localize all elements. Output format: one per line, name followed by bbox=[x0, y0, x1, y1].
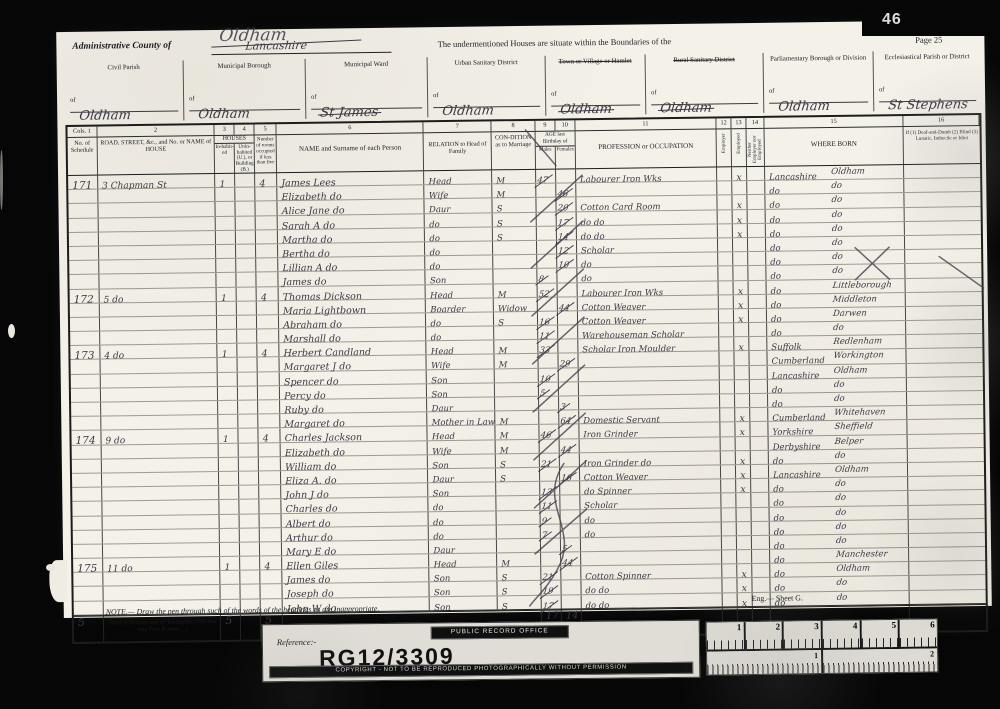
age-female bbox=[558, 340, 578, 353]
born-town: Redlenham bbox=[829, 336, 883, 349]
occupation: Scholar Iron Moulder bbox=[578, 338, 720, 353]
age-female: 16 bbox=[560, 467, 580, 480]
age-male bbox=[537, 241, 557, 254]
born-town: do bbox=[827, 208, 843, 220]
where-born: LancashireOldham bbox=[768, 364, 908, 379]
where-born: doDarwen bbox=[767, 307, 907, 322]
neither-mark bbox=[748, 224, 766, 237]
condition: M bbox=[492, 184, 536, 198]
header-where-born: WHERE BORN bbox=[764, 127, 904, 166]
born-town: Sheffield bbox=[830, 421, 874, 434]
employer-mark bbox=[721, 423, 736, 436]
relation: do bbox=[425, 241, 493, 255]
total-schedules-value: 5 bbox=[74, 616, 85, 629]
sheet-label: Eng.— Sheet G. bbox=[752, 593, 803, 603]
ruler-inch-number: 3 bbox=[814, 621, 819, 631]
schedule-number bbox=[70, 332, 100, 346]
rooms-count bbox=[260, 542, 282, 555]
condition: Widow bbox=[494, 298, 538, 312]
occupation: Scholar bbox=[577, 238, 719, 253]
schedule-number bbox=[69, 275, 99, 289]
age-female bbox=[558, 325, 578, 338]
houses-inhabited bbox=[220, 543, 240, 556]
schedule-number bbox=[72, 473, 102, 487]
infirmity bbox=[906, 306, 982, 320]
neither-mark bbox=[752, 536, 770, 549]
born-town: do bbox=[831, 520, 847, 532]
houses-inhabited bbox=[218, 387, 238, 400]
age-male bbox=[541, 553, 561, 566]
condition: M bbox=[496, 439, 540, 453]
ruler-lower-number: 2 bbox=[930, 649, 934, 658]
infirmity bbox=[910, 590, 986, 604]
relation: Head bbox=[425, 170, 493, 184]
relation: Wife bbox=[427, 355, 495, 369]
occupation bbox=[576, 182, 718, 197]
employed-mark bbox=[733, 266, 748, 279]
employer-mark bbox=[718, 196, 733, 209]
district-value: St James bbox=[319, 105, 379, 121]
district-label: Town or Village or Hamlet bbox=[546, 54, 645, 67]
address bbox=[98, 202, 216, 217]
houses-inhabited: 1 bbox=[218, 344, 238, 357]
houses-inhabited: 1 bbox=[220, 557, 240, 570]
age-male bbox=[541, 538, 561, 551]
person-name: Eliza A. do bbox=[281, 469, 429, 484]
person-name: Arthur do bbox=[282, 526, 430, 541]
condition: S bbox=[493, 198, 537, 212]
where-born: dodo bbox=[767, 321, 907, 336]
infirmity bbox=[907, 391, 983, 405]
houses-uninhabited bbox=[238, 415, 258, 428]
age-female bbox=[561, 524, 581, 537]
relation: do bbox=[426, 256, 494, 270]
address bbox=[101, 415, 219, 430]
relation: Head bbox=[426, 284, 494, 298]
where-born: dodo bbox=[765, 179, 905, 194]
ruler: 123456 12 bbox=[706, 618, 939, 675]
age-male: 33 bbox=[538, 340, 558, 353]
employed-mark bbox=[733, 252, 748, 265]
header-road: ROAD, STREET, &c., and No. or NAME of HO… bbox=[97, 136, 215, 175]
district-of-prefix: of bbox=[651, 89, 657, 96]
col-number-10: 10 bbox=[555, 120, 575, 130]
person-name: Alice Jane do bbox=[278, 200, 426, 215]
born-town: Manchester bbox=[831, 548, 888, 561]
neither-mark bbox=[751, 451, 769, 464]
where-born: dodo bbox=[766, 236, 906, 251]
rooms-count bbox=[259, 443, 281, 456]
age-male: 47 bbox=[536, 170, 556, 183]
employed-mark: x bbox=[733, 195, 748, 208]
address bbox=[99, 273, 217, 288]
district-label: Municipal Borough bbox=[184, 59, 305, 72]
schedule-number bbox=[73, 530, 103, 544]
age-female bbox=[560, 481, 580, 494]
employed-mark: x bbox=[733, 224, 748, 237]
employed-mark: x bbox=[734, 309, 749, 322]
condition bbox=[495, 383, 539, 397]
age-male bbox=[539, 397, 559, 410]
occupation: Domestic Servant bbox=[579, 409, 720, 424]
col-number-6: 6 bbox=[277, 122, 424, 134]
condition bbox=[495, 368, 539, 382]
employer-mark bbox=[722, 564, 737, 577]
schedule-number bbox=[69, 261, 99, 275]
person-name: Elizabeth do bbox=[281, 441, 429, 456]
district-box-4: Urban Sanitary DistrictofOldham bbox=[427, 56, 546, 118]
schedule-number: 172 bbox=[70, 289, 100, 303]
address bbox=[99, 231, 217, 246]
houses-uninhabited bbox=[239, 429, 259, 442]
age-female: 44 bbox=[558, 297, 578, 310]
employer-mark bbox=[722, 522, 737, 535]
person-name: Mary E do bbox=[282, 540, 430, 555]
born-town: do bbox=[831, 492, 847, 504]
rooms-count bbox=[256, 230, 278, 243]
houses-inhabited bbox=[219, 443, 239, 456]
employed-mark bbox=[732, 181, 747, 194]
employed-mark: x bbox=[736, 465, 751, 478]
where-born: dodo bbox=[770, 520, 910, 535]
address bbox=[101, 387, 219, 402]
age-female: 44 bbox=[559, 439, 579, 452]
born-town: do bbox=[827, 223, 843, 235]
rooms-count bbox=[255, 187, 277, 200]
occupation: do bbox=[581, 522, 723, 537]
where-born: dodo bbox=[769, 491, 909, 506]
houses-inhabited bbox=[218, 358, 238, 371]
ruler-inch-number: 1 bbox=[737, 622, 742, 632]
houses-uninhabited bbox=[239, 457, 259, 470]
condition bbox=[496, 482, 540, 496]
where-born: DerbyshireBelper bbox=[769, 435, 909, 450]
schedule-number bbox=[74, 601, 104, 615]
rooms-count bbox=[257, 329, 279, 342]
person-name: Martha do bbox=[278, 228, 426, 243]
age-female: 64 bbox=[559, 410, 579, 423]
employer-mark bbox=[720, 408, 735, 421]
condition: S bbox=[496, 454, 540, 468]
film-speck bbox=[0, 150, 3, 210]
neither-mark bbox=[750, 351, 768, 364]
header-neither-label: Neither Employer nor Employed bbox=[748, 133, 763, 166]
person-name: Sarah A do bbox=[278, 214, 426, 229]
houses-inhabited bbox=[220, 500, 240, 513]
schedule-number bbox=[71, 374, 101, 388]
relation: Son bbox=[426, 270, 494, 284]
houses-uninhabited bbox=[236, 216, 256, 229]
employer-mark bbox=[718, 224, 733, 237]
employer-mark bbox=[721, 494, 736, 507]
header-inhabited: In-habit-ed bbox=[215, 144, 235, 174]
address bbox=[103, 571, 221, 586]
houses-inhabited bbox=[216, 245, 236, 258]
relation: do bbox=[429, 497, 497, 511]
age-female bbox=[559, 425, 579, 438]
age-female bbox=[557, 269, 577, 282]
address bbox=[101, 401, 219, 416]
district-value: Oldham bbox=[78, 108, 131, 124]
where-born: dodo bbox=[770, 576, 910, 591]
occupation: do do bbox=[581, 579, 723, 594]
occupation: Cotton Weaver bbox=[578, 309, 720, 324]
address bbox=[100, 302, 218, 317]
houses-inhabited bbox=[217, 301, 237, 314]
employed-mark bbox=[735, 351, 750, 364]
person-name: Thomas Dickson bbox=[279, 285, 427, 300]
houses-uninhabited bbox=[237, 273, 257, 286]
ruler-inch-cell: 1 bbox=[707, 622, 746, 650]
total-houses-label: Total of Houses and of Tenements with le… bbox=[104, 615, 222, 642]
age-male: 52 bbox=[538, 283, 558, 296]
age-male: 10 bbox=[539, 368, 559, 381]
address bbox=[102, 472, 220, 487]
where-born: dodo bbox=[766, 222, 906, 237]
occupation bbox=[581, 550, 723, 565]
houses-inhabited bbox=[217, 330, 237, 343]
rooms-count: 4 bbox=[259, 429, 281, 442]
ruler-inch-number: 2 bbox=[775, 622, 780, 632]
relation: Son bbox=[427, 383, 495, 397]
born-town: Workington bbox=[829, 350, 884, 363]
employed-mark: x bbox=[737, 564, 752, 577]
film-speck bbox=[8, 324, 15, 338]
infirmity bbox=[908, 434, 984, 448]
district-of-prefix: of bbox=[311, 94, 317, 101]
condition: M bbox=[495, 354, 539, 368]
film-speck bbox=[46, 564, 55, 571]
person-name: Charles do bbox=[281, 498, 429, 513]
person-name: Lillian A do bbox=[278, 256, 426, 271]
houses-uninhabited bbox=[239, 443, 259, 456]
born-town: Oldham bbox=[830, 463, 869, 476]
col-number-14: 14 bbox=[746, 118, 764, 128]
employed-mark: x bbox=[736, 451, 751, 464]
age-male: 8 bbox=[537, 269, 557, 282]
houses-uninhabited bbox=[237, 330, 257, 343]
relation: Son bbox=[428, 454, 496, 468]
relation: Head bbox=[427, 341, 495, 355]
ruler-inch-number: 5 bbox=[891, 620, 896, 630]
born-town: do bbox=[828, 322, 844, 334]
houses-inhabited bbox=[218, 401, 238, 414]
where-born: dodo bbox=[769, 477, 909, 492]
condition: S bbox=[498, 581, 542, 595]
infirmity bbox=[906, 278, 982, 292]
infirmity bbox=[908, 405, 984, 419]
district-label: Ecclesiastical Parish or District bbox=[874, 50, 981, 63]
houses-uninhabited bbox=[238, 386, 258, 399]
infirmity bbox=[910, 561, 986, 575]
rooms-count: 4 bbox=[255, 173, 277, 186]
person-name: James Lees bbox=[277, 171, 425, 186]
age-male: 16 bbox=[538, 311, 558, 324]
address bbox=[103, 543, 221, 558]
where-born: doManchester bbox=[770, 548, 910, 563]
header-schedule: No. of Schedule bbox=[68, 138, 98, 175]
born-town: do bbox=[832, 591, 848, 603]
occupation bbox=[578, 352, 720, 367]
total-males-value: 17 bbox=[542, 610, 559, 621]
schedule-number: 175 bbox=[73, 559, 103, 573]
condition: S bbox=[493, 212, 537, 226]
person-name: Ruby do bbox=[280, 398, 428, 413]
address: 5 do bbox=[99, 288, 217, 303]
born-town: Oldham bbox=[832, 563, 871, 576]
district-box-8: Ecclesiastical Parish or DistrictofSt St… bbox=[873, 50, 982, 111]
district-of-prefix: of bbox=[433, 92, 439, 99]
header-occupation: PROFESSION or OCCUPATION bbox=[575, 129, 717, 168]
employed-mark bbox=[737, 536, 752, 549]
age-male: 21 bbox=[540, 453, 560, 466]
rooms-count bbox=[259, 457, 281, 470]
neither-mark bbox=[750, 394, 768, 407]
houses-inhabited bbox=[218, 372, 238, 385]
col-number-7: 7 bbox=[424, 121, 492, 132]
houses-uninhabited bbox=[236, 188, 256, 201]
relation: do bbox=[426, 312, 494, 326]
where-born: dodo bbox=[768, 392, 908, 407]
employed-mark: x bbox=[738, 593, 753, 606]
houses-uninhabited bbox=[238, 400, 258, 413]
address bbox=[100, 358, 218, 373]
person-name: Joseph do bbox=[283, 583, 431, 598]
schedule-number bbox=[72, 488, 102, 502]
born-town: do bbox=[831, 478, 847, 490]
situate-text: The undermentioned Houses are situate wi… bbox=[374, 35, 734, 50]
houses-inhabited: 1 bbox=[219, 429, 239, 442]
rooms-count bbox=[258, 386, 280, 399]
age-female bbox=[561, 567, 581, 580]
admin-county-rule: Lancashire Oldham bbox=[211, 30, 391, 55]
enumeration-rows: 1713 Chapman St14James LeesHeadM47Labour… bbox=[68, 164, 986, 616]
employed-mark: x bbox=[732, 167, 747, 180]
address: 9 do bbox=[101, 429, 219, 444]
person-name: Bertha do bbox=[278, 242, 426, 257]
schedule-number: 174 bbox=[71, 431, 101, 445]
employed-mark bbox=[734, 323, 749, 336]
schedule-number bbox=[68, 204, 98, 218]
relation: do bbox=[429, 525, 497, 539]
employer-mark bbox=[717, 167, 732, 180]
rooms-count bbox=[258, 372, 280, 385]
header-females: Females bbox=[556, 146, 575, 168]
frame-number-patch: 46 bbox=[862, 6, 1000, 36]
employer-mark bbox=[723, 579, 738, 592]
employed-mark: x bbox=[735, 422, 750, 435]
neither-mark bbox=[748, 266, 766, 279]
born-town: Whitehaven bbox=[830, 406, 887, 419]
houses-uninhabited bbox=[237, 287, 257, 300]
address bbox=[102, 500, 220, 515]
where-born: dodo bbox=[768, 378, 908, 393]
page-number-label: Page 25 bbox=[915, 35, 942, 45]
occupation bbox=[579, 394, 721, 409]
infirmity bbox=[905, 192, 981, 206]
header-employer: Employer bbox=[717, 129, 732, 166]
neither-mark bbox=[747, 195, 765, 208]
neither-mark bbox=[748, 252, 766, 265]
age-female: 44 bbox=[561, 552, 581, 565]
neither-mark bbox=[748, 238, 766, 251]
houses-inhabited bbox=[217, 259, 237, 272]
age-male bbox=[538, 297, 558, 310]
address bbox=[100, 330, 218, 345]
relation: Daur bbox=[425, 199, 493, 213]
where-born: SuffolkRedlenham bbox=[767, 335, 907, 350]
schedule-number bbox=[72, 459, 102, 473]
district-label: Rural Sanitary District bbox=[646, 53, 763, 66]
employed-mark bbox=[736, 493, 751, 506]
employed-mark bbox=[737, 522, 752, 535]
houses-inhabited bbox=[220, 528, 240, 541]
neither-mark bbox=[751, 465, 769, 478]
relation: Daur bbox=[428, 468, 496, 482]
houses-inhabited bbox=[219, 457, 239, 470]
rooms-count: 4 bbox=[260, 556, 282, 569]
rooms-count bbox=[259, 485, 281, 498]
address bbox=[103, 529, 221, 544]
occupation: Labourer Iron Wks bbox=[576, 167, 718, 182]
relation: Daur bbox=[429, 539, 497, 553]
district-label: Municipal Ward bbox=[306, 57, 427, 70]
schedule-number: 171 bbox=[68, 176, 98, 190]
person-name: William do bbox=[281, 455, 429, 470]
address bbox=[101, 373, 219, 388]
employer-mark bbox=[720, 380, 735, 393]
houses-uninhabited bbox=[236, 230, 256, 243]
houses-uninhabited bbox=[238, 372, 258, 385]
employed-mark: x bbox=[733, 210, 748, 223]
address bbox=[100, 316, 218, 331]
employed-mark bbox=[735, 394, 750, 407]
ruler-inch-cell: 4 bbox=[823, 620, 862, 648]
born-town: do bbox=[827, 194, 843, 206]
neither-mark bbox=[752, 578, 770, 591]
relation: Son bbox=[429, 483, 497, 497]
houses-inhabited bbox=[220, 514, 240, 527]
occupation: Warehouseman Scholar bbox=[578, 324, 720, 339]
schedule-number bbox=[73, 516, 103, 530]
rooms-count bbox=[260, 500, 282, 513]
infirmity bbox=[909, 490, 985, 504]
neither-mark bbox=[749, 323, 767, 336]
condition bbox=[496, 496, 540, 510]
header-relation: RELATION to Head of Family bbox=[424, 132, 492, 170]
age-female: 10 bbox=[557, 254, 577, 267]
rooms-count: 4 bbox=[258, 343, 280, 356]
employer-mark bbox=[719, 295, 734, 308]
neither-mark bbox=[752, 564, 770, 577]
born-town: do bbox=[827, 237, 843, 249]
houses-uninhabited bbox=[241, 585, 261, 598]
houses-uninhabited bbox=[240, 542, 260, 555]
ruler-inch-cell: 3 bbox=[784, 621, 823, 649]
employer-mark bbox=[719, 267, 734, 280]
age-male: 5 bbox=[539, 382, 559, 395]
relation: Wife bbox=[428, 440, 496, 454]
col-number-4: 4 bbox=[235, 125, 255, 135]
employer-mark bbox=[723, 593, 738, 606]
born-town: Oldham bbox=[826, 166, 865, 179]
address bbox=[102, 514, 220, 529]
relation: Son bbox=[427, 369, 495, 383]
person-name: Margaret J do bbox=[280, 356, 428, 371]
employer-mark bbox=[719, 337, 734, 350]
occupation bbox=[578, 366, 720, 381]
schedule-number bbox=[71, 388, 101, 402]
